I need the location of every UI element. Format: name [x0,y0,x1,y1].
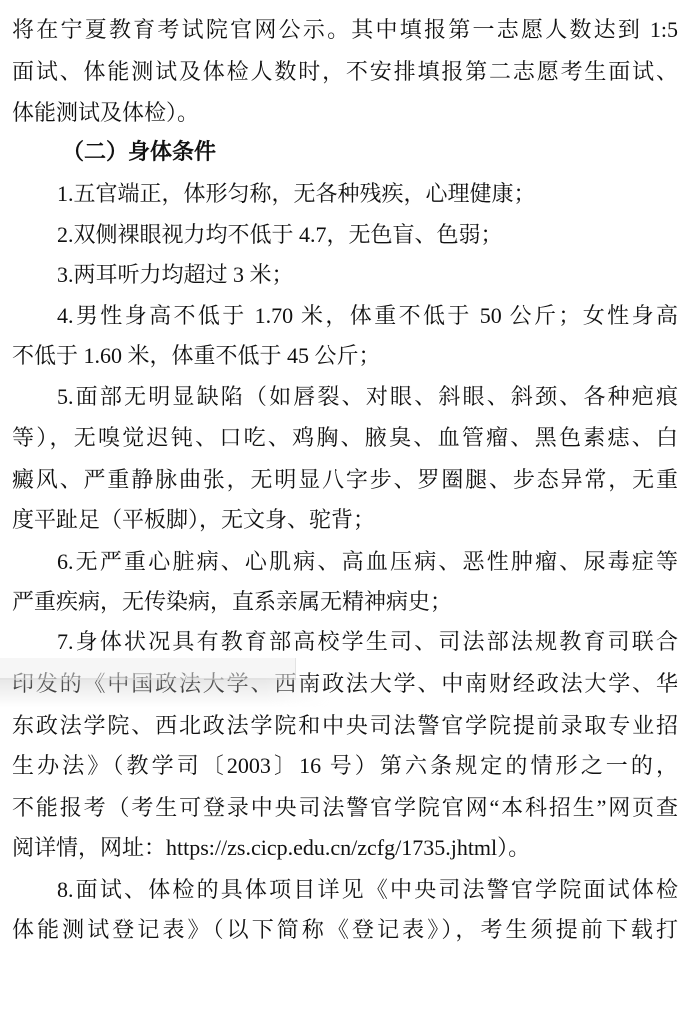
list-item-5: 5.面部无明显缺陷（如唇裂、对眼、斜眼、斜颈、各种疤痕 [57,382,678,412]
list-item-7-cont: 东政法学院、西北政法学院和中央司法警官学院提前录取专业招 [12,711,678,741]
list-item-2: 2.双侧裸眼视力均不低于 4.7，无色盲、色弱； [57,220,678,250]
list-item-5-cont: 等），无嗅觉迟钝、口吃、鸡胸、腋臭、血管瘤、黑色素痣、白 [12,423,678,453]
list-item-6: 6.无严重心脏病、心肌病、高血压病、恶性肿瘤、尿毒症等 [57,547,678,577]
list-item-8: 8.面试、体检的具体项目详见《中央司法警官学院面试体检 [57,875,678,905]
document-page: 将在宁夏教育考试院官网公示。其中填报第一志愿人数达到 1:5 面试、体能测试及体… [0,0,690,1015]
list-item-5-cont: 度平趾足（平板脚），无文身、驼背； [12,505,678,535]
section-heading: （二）身体条件 [62,137,216,167]
list-item-5-cont: 癜风、严重静脉曲张，无明显八字步、罗圈腿、步态异常，无重 [12,465,678,495]
list-item-7-cont: 生办法》（教学司〔2003〕16 号）第六条规定的情形之一的， [12,751,678,781]
list-item-1: 1.五官端正，体形匀称，无各种残疾，心理健康； [57,179,678,209]
list-item-4-cont: 不低于 1.60 米，体重不低于 45 公斤； [12,341,678,371]
list-item-7: 7.身体状况具有教育部高校学生司、司法部法规教育司联合 [57,627,678,657]
list-item-7-url-line: 阅详情，网址：https://zs.cicp.edu.cn/zcfg/1735.… [12,833,678,863]
intro-line: 体能测试及体检）。 [12,98,678,128]
list-item-8-cont: 体能测试登记表》（以下简称《登记表》），考生须提前下载打 [12,915,678,945]
list-item-3: 3.两耳听力均超过 3 米； [57,260,678,290]
list-item-4: 4.男性身高不低于 1.70 米，体重不低于 50 公斤；女性身高 [57,301,678,331]
list-item-6-cont: 严重疾病，无传染病，直系亲属无精神病史； [12,587,678,617]
intro-line: 将在宁夏教育考试院官网公示。其中填报第一志愿人数达到 1:5 [12,15,678,45]
intro-line: 面试、体能测试及体检人数时，不安排填报第二志愿考生面试、 [12,57,678,87]
list-item-7-cont: 印发的《中国政法大学、西南政法大学、中南财经政法大学、华 [12,669,678,699]
list-item-7-cont: 不能报考（考生可登录中央司法警官学院官网“本科招生”网页查 [12,793,678,823]
